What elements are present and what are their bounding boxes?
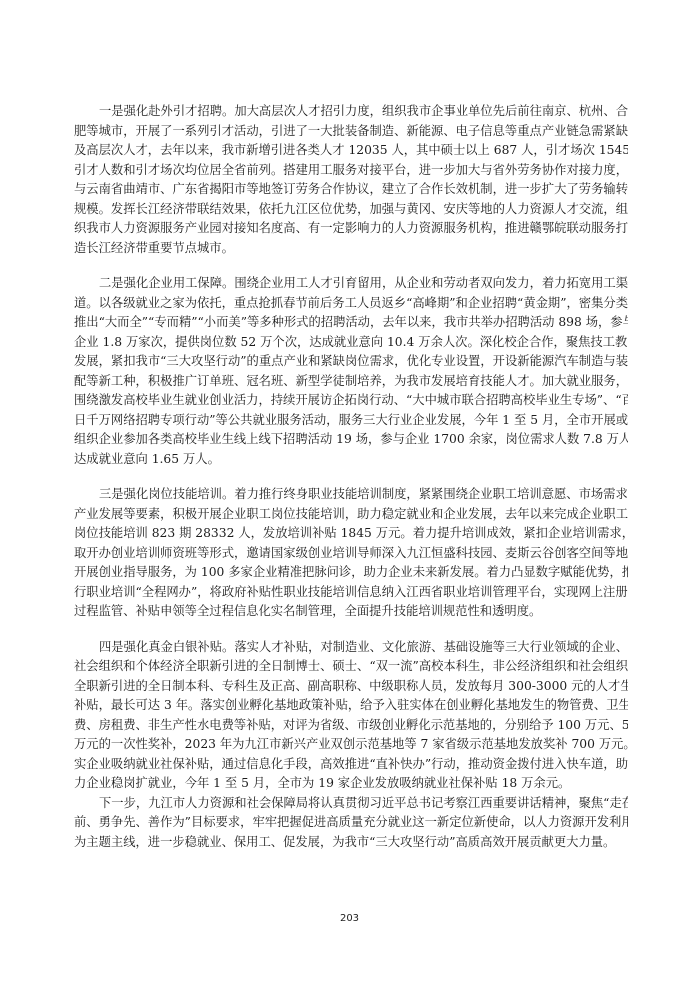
paragraph-skills-training: 三是强化岗位技能培训。着力推行终身职业技能培训制度，紧紧围绕企业职工培训意愿、市…: [74, 485, 628, 622]
text-line: 产业发展等要素，积极开展企业职工岗位技能培训，助力稳定就业和企业发展，去年以来完…: [74, 505, 628, 525]
document-page: 一是强化赴外引才招聘。加大高层次人才招引力度，组织我市企事业单位先后前往南京、杭…: [0, 0, 699, 987]
paragraph-subsidies: 四是强化真金白银补贴。落实人才补贴，对制造业、文化旅游、基础设施等三大行业领域的…: [74, 638, 628, 794]
paragraph-employment-guarantee: 二是强化企业用工保障。围绕企业用工人才引育留用，从企业和劳动者双向发力，着力拓宽…: [74, 274, 628, 469]
text-line: 万元的一次性奖补，2023 年为九江市新兴产业双创示范基地等 7 家省级示范基地…: [74, 735, 628, 755]
text-line: 与云南省曲靖市、广东省揭阳市等地签订劳务合作协议，建立了合作长效机制，进一步扩大…: [74, 180, 628, 200]
text-line: 发展，紧扣我市“三大攻坚行动”的重点产业和紧缺岗位需求，优化专业设置，开设新能源…: [74, 352, 628, 372]
body-text: 一是强化赴外引才招聘。加大高层次人才招引力度，组织我市企事业单位先后前往南京、杭…: [74, 102, 628, 868]
text-line: 引才人数和引才场次均位居全省前列。搭建用工服务对接平台，进一步加大与省外劳务协作…: [74, 161, 628, 181]
text-line: 达成就业意向 1.65 万人。: [74, 450, 628, 470]
text-line: 二是强化企业用工保障。围绕企业用工人才引育留用，从企业和劳动者双向发力，着力拓宽…: [74, 274, 628, 294]
text-line: 行职业培训“全程网办”，将政府补贴性职业技能培训信息纳入江西省职业培训管理平台，…: [74, 583, 628, 603]
text-line: 日千万网络招聘专项行动”等公共就业服务活动，服务三大行业企业发展，今年 1 至 …: [74, 411, 628, 431]
text-line: 费、房租费、非生产性水电费等补贴，对评为省级、市级创业孵化示范基地的，分别给予 …: [74, 716, 628, 736]
text-line: 及高层次人才，去年以来，我市新增引进各类人才 12035 人，其中硕士以上 68…: [74, 141, 628, 161]
text-line: 实企业吸纳就业社保补贴，通过信息化手段，高效推进“直补快办”行动，推动资金拨付进…: [74, 755, 628, 775]
text-line: 推出“大而全”“专而精”“小而美”等多种形式的招聘活动，去年以来，我市共举办招聘…: [74, 313, 628, 333]
text-line: 配等新工种，积极推广订单班、冠名班、新型学徒制培养，为我市发展培育技能人才。加大…: [74, 372, 628, 392]
text-line: 道。以各级就业之家为依托，重点抢抓春节前后务工人员返乡“高峰期”和企业招聘“黄金…: [74, 294, 628, 314]
paragraph-talent-recruitment: 一是强化赴外引才招聘。加大高层次人才招引力度，组织我市企事业单位先后前往南京、杭…: [74, 102, 628, 258]
text-line: 前、勇争先、善作为”目标要求，牢牢把握促进高质量充分就业这一新定位新使命，以人力…: [74, 813, 628, 833]
text-line: 企业 1.8 万家次，提供岗位数 52 万个次，达成就业意向 10.4 万余人次…: [74, 333, 628, 353]
text-line: 力企业稳岗扩就业，今年 1 至 5 月，全市为 19 家企业发放吸纳就业社保补贴…: [74, 774, 628, 794]
text-line: 为主题主线，进一步稳就业、保用工、促发展，为我市“三大攻坚行动”高质高效开展贡献…: [74, 833, 628, 853]
text-line: 取开办创业培训师资班等形式，邀请国家级创业培训导师深入九江恒盛科技园、麦斯云谷创…: [74, 544, 628, 564]
text-line: 肥等城市，开展了一系列引才活动，引进了一大批装备制造、新能源、电子信息等重点产业…: [74, 122, 628, 142]
page-number: 203: [0, 913, 699, 924]
text-line: 规模。发挥长江经济带联结效果，依托九江区位优势，加强与黄冈、安庆等地的人力资源人…: [74, 200, 628, 220]
text-line: 组织企业参加各类高校毕业生线上线下招聘活动 19 场，参与企业 1700 余家，…: [74, 430, 628, 450]
paragraph-next-steps: 下一步，九江市人力资源和社会保障局将认真贯彻习近平总书记考察江西重要讲话精神，聚…: [74, 794, 628, 853]
text-line: 岗位技能培训 823 期 28332 人，发放培训补贴 1845 万元。着力提升…: [74, 524, 628, 544]
text-line: 围绕激发高校毕业生就业创业活力，持续开展访企拓岗行动、“大中城市联合招聘高校毕业…: [74, 391, 628, 411]
text-line: 织我市人力资源服务产业园对接知名度高、有一定影响力的人力资源服务机构，推进赣鄂皖…: [74, 219, 628, 239]
text-line: 补贴，最长可达 3 年。落实创业孵化基地政策补贴，给予入驻实体在创业孵化基地发生…: [74, 696, 628, 716]
text-line: 社会组织和个体经济全职新引进的全日制博士、硕士、“双一流”高校本科生，非公经济组…: [74, 657, 628, 677]
text-line: 一是强化赴外引才招聘。加大高层次人才招引力度，组织我市企事业单位先后前往南京、杭…: [74, 102, 628, 122]
text-line: 造长江经济带重要节点城市。: [74, 239, 628, 259]
text-line: 下一步，九江市人力资源和社会保障局将认真贯彻习近平总书记考察江西重要讲话精神，聚…: [74, 794, 628, 814]
text-line: 四是强化真金白银补贴。落实人才补贴，对制造业、文化旅游、基础设施等三大行业领域的…: [74, 638, 628, 658]
text-line: 开展创业指导服务，为 100 多家企业精准把脉问诊，助力企业未来新发展。着力凸显…: [74, 563, 628, 583]
text-line: 过程监管、补贴申领等全过程信息化实名制管理，全面提升技能培训规范性和透明度。: [74, 602, 628, 622]
text-line: 三是强化岗位技能培训。着力推行终身职业技能培训制度，紧紧围绕企业职工培训意愿、市…: [74, 485, 628, 505]
text-line: 全职新引进的全日制本科、专科生及正高、副高职称、中级职称人员，发放每月 300-…: [74, 677, 628, 697]
